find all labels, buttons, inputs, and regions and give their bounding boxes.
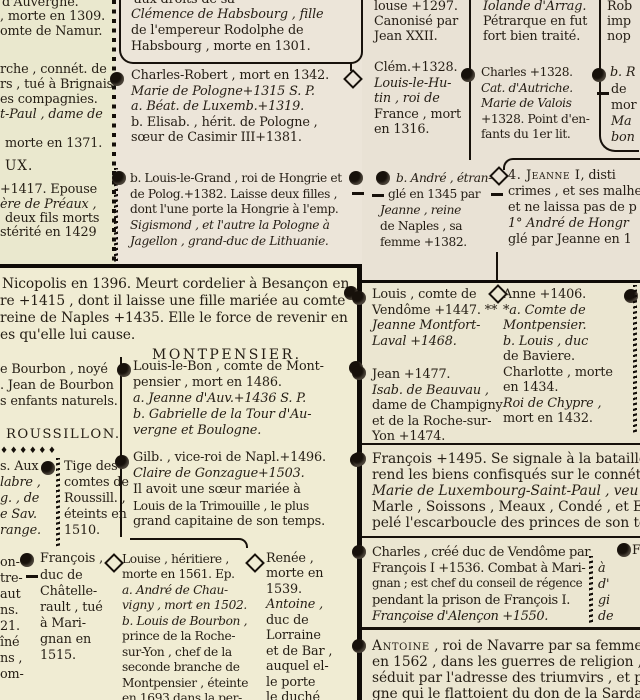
connector-dash xyxy=(26,575,38,578)
text-line: b. Louis de Bourbon , xyxy=(122,615,247,627)
text-line: crimes , et ses malheu xyxy=(508,186,640,199)
text-line: Louise , héritiere , xyxy=(122,553,229,565)
text-line: b. Elisab. , hérit. de Pologne , xyxy=(131,117,318,130)
text-line: morte en 1371. xyxy=(5,138,102,151)
text-line: Jagellon , grand-duc de Lithuanie. xyxy=(130,235,328,247)
text-line: ère de Préaux , xyxy=(0,199,96,212)
text-line: en 1562 , dans les guerres de religion ,… xyxy=(372,656,640,670)
text-line: Marie de Valois xyxy=(481,97,572,109)
text-line: Louis de la Trimouille , le plus xyxy=(133,500,309,512)
text-line: de Polog.+1382. Laisse deux filles , xyxy=(130,188,337,200)
text-line: Charles , créé duc de Vendôme par xyxy=(372,546,590,559)
text-line: îné xyxy=(0,637,19,650)
text-line: Marie de Pologne+1315 S. P. xyxy=(131,86,315,99)
text-line: Roi de Chypre , xyxy=(503,398,601,411)
text-line: aut xyxy=(0,589,21,602)
text-line: à xyxy=(598,563,605,576)
text-line: grand capitaine de son temps. xyxy=(133,516,325,529)
text-line: séduit par l'adresse des triumvirs , et … xyxy=(372,672,640,686)
text-line: s. Aux xyxy=(0,461,39,474)
text-line: . Jean de Bourbon xyxy=(0,380,114,393)
text-line: ns. xyxy=(0,605,18,618)
text-line: vergne et Boulogne. xyxy=(133,425,261,438)
text-line: Pétrarque en fut xyxy=(483,16,587,29)
text-fragment: , disti xyxy=(581,168,616,183)
text-line: Isab. de Beauvau , xyxy=(372,385,489,398)
text-line: le duché xyxy=(266,692,320,700)
text-line: sœur de Casimir III+1381. xyxy=(131,132,302,145)
text-line: Antoine , roi de Navarre par sa femme , xyxy=(372,640,640,654)
text-line: de l'empereur Rodolphe de xyxy=(131,25,303,38)
text-line: 4. Jeanne I, disti xyxy=(508,170,616,183)
text-line: à Mari- xyxy=(40,618,86,631)
text-fragment: , roi de Navarre par sa femme , xyxy=(430,638,640,654)
text-line: s enfants naturels. xyxy=(0,396,118,409)
text-line: e Bourbon , noyé xyxy=(0,364,108,377)
text-line: François , xyxy=(40,553,103,566)
text-line: rend les biens confisqués sur le connét.… xyxy=(372,469,640,483)
text-line: b. Louis , duc xyxy=(503,336,588,349)
person-name: 4. Jeanne I xyxy=(508,168,581,183)
text-line: duc de xyxy=(266,615,309,628)
text-line: dame de Champigny xyxy=(372,400,503,413)
wavy-border xyxy=(633,285,637,433)
text-line: morte en xyxy=(266,568,323,581)
text-line: France , mort xyxy=(374,109,461,122)
node-marker-icon xyxy=(352,545,366,559)
text-line: Renée , xyxy=(266,553,314,566)
branch-heading-fragment: UX. xyxy=(5,160,33,174)
text-line: aux droits de sa xyxy=(134,0,235,7)
text-line: et de la Roche-sur- xyxy=(372,416,491,429)
text-line: on- xyxy=(0,557,20,570)
text-line: Vendôme +1447. ** xyxy=(372,305,497,318)
node-marker-icon xyxy=(376,171,390,185)
text-line: +1328. Point d'en- xyxy=(481,113,590,125)
text-line: Sigismond , et l'autre la Pologne à xyxy=(130,219,330,231)
diamond-chain-border: ♦♦♦♦♦♦ xyxy=(0,446,57,456)
node-marker-icon xyxy=(617,543,631,557)
text-line: Fr xyxy=(632,545,640,558)
text-line: rche , connét. de xyxy=(0,64,107,77)
text-line: le porte xyxy=(266,677,315,690)
text-line: pendant la prison de François I. xyxy=(372,594,570,607)
text-line: fort bien traité. xyxy=(483,31,580,44)
text-line: Nicopolis en 1396. Meurt cordelier à Bes… xyxy=(2,278,349,292)
text-line: om- xyxy=(0,669,24,682)
text-line: comtes de xyxy=(64,477,129,490)
text-line: rs , tué à Brignais xyxy=(0,79,113,92)
text-line: +1417. Epouse xyxy=(0,184,97,197)
text-line: Tige des xyxy=(64,461,118,474)
node-marker-icon xyxy=(117,363,131,377)
text-line: seconde branche de xyxy=(122,661,240,673)
text-line: Châtelle- xyxy=(40,586,97,599)
text-line: tre- xyxy=(0,573,23,586)
text-line: Clém.+1328. xyxy=(374,62,457,75)
text-line: Claire de Gonzague+1503. xyxy=(133,468,305,481)
connector-dash xyxy=(352,192,364,195)
text-line: ns , xyxy=(0,653,22,666)
node-marker-icon xyxy=(20,553,34,567)
text-line: 1° André de Hongr xyxy=(508,218,629,231)
node-marker-icon xyxy=(592,68,606,82)
text-line: auquel el- xyxy=(266,661,329,674)
row-divider xyxy=(362,443,640,445)
text-line: Louis-le-Hu- xyxy=(374,78,451,91)
wavy-border xyxy=(56,458,60,548)
text-line: Louis , comte de xyxy=(372,289,476,302)
descendants-bracket xyxy=(130,538,248,548)
text-line: e Sav. xyxy=(0,509,37,522)
text-line: deux fils morts xyxy=(5,213,99,226)
text-line: vigny , mort en 1502. xyxy=(122,599,247,611)
text-line: gi xyxy=(598,595,610,608)
genealogy-scan-page: d'Auvergne. , morte en 1309. omte de Nam… xyxy=(0,0,640,700)
text-line: , morte en 1309. xyxy=(0,11,105,24)
text-line: a. André de Chau- xyxy=(122,584,228,596)
text-line: reine de Naples +1435. Elle le force de … xyxy=(0,312,348,326)
section-divider xyxy=(0,264,361,268)
person-name: Antoine xyxy=(372,638,430,654)
text-line: en 1434. xyxy=(503,382,558,395)
text-line: François I +1536. Combat à Mari- xyxy=(372,562,585,575)
text-line: fants du 1er lit. xyxy=(481,128,570,140)
text-line: de Naples , sa xyxy=(380,220,462,232)
text-line: tin , roi de xyxy=(374,93,440,106)
text-line: gnan ; est chef du conseil de régence xyxy=(372,578,582,590)
text-line: Françoise d'Alençon +1550. xyxy=(372,610,548,623)
text-line: 1510. xyxy=(64,525,100,538)
node-marker-icon xyxy=(352,452,366,466)
text-line: b. André , étran- xyxy=(396,172,492,184)
text-line: en 1316. xyxy=(374,124,429,137)
text-line: de xyxy=(598,611,613,624)
text-line: Charles +1328. xyxy=(481,66,573,78)
text-line: Il avoit une sœur mariée à xyxy=(133,484,301,497)
text-line: mort en 1432. xyxy=(503,413,593,426)
heading-roussillon: ROUSSILLON. xyxy=(6,428,121,441)
text-line: labre , xyxy=(0,477,41,490)
text-line: prince de la Roche- xyxy=(122,630,235,642)
text-line: 1539. xyxy=(266,584,302,597)
text-line: pelé l'escarboucle des princes de son te… xyxy=(372,517,640,531)
text-line: Louis-le-Bon , comte de Mont- xyxy=(133,361,324,374)
text-line: gnan en xyxy=(40,634,91,647)
text-line: es qu'elle lui cause. xyxy=(0,329,135,343)
text-line: nop xyxy=(607,31,631,44)
text-line: a. Jeanne d'Auv.+1436 S. P. xyxy=(133,393,306,406)
connector-line xyxy=(496,252,498,282)
text-line: b. Louis-le-Grand , roi de Hongrie et xyxy=(130,172,342,184)
connector-dash xyxy=(372,194,384,197)
text-line: Montpensier. xyxy=(503,320,586,333)
text-line: Jean +1477. xyxy=(372,369,450,382)
node-marker-icon xyxy=(352,366,366,380)
text-line: b. Gabrielle de la Tour d'Au- xyxy=(133,409,311,422)
text-line: Ma xyxy=(611,116,631,129)
text-line: a. Béat. de Luxemb.+1319. xyxy=(131,101,304,114)
text-line: Clémence de Habsbourg , fille xyxy=(131,9,323,22)
text-line: Jeanne Montfort- xyxy=(372,320,480,333)
text-line: Gilb. , vice-roi de Napl.+1496. xyxy=(133,452,326,465)
text-line: et ne laissa pas de p xyxy=(508,202,637,215)
text-line: bon xyxy=(611,132,635,145)
text-line: *a. Comte de xyxy=(503,305,586,318)
text-line: Lorraine xyxy=(266,630,321,643)
text-line: omte de Namur. xyxy=(0,26,102,39)
text-line: glé par Jeanne en 1 xyxy=(508,234,632,247)
node-marker-icon xyxy=(112,171,126,185)
text-line: Canonisé par xyxy=(374,16,458,29)
text-line: re +1415 , dont il laisse une fille mari… xyxy=(0,295,345,309)
text-line: Roussill. , xyxy=(64,493,126,506)
text-line: éteints en xyxy=(64,509,127,522)
row-divider xyxy=(362,627,640,630)
connector-dash xyxy=(491,193,503,196)
text-line: morte en 1561. Ep. xyxy=(122,568,235,580)
text-line: g. , de xyxy=(0,493,39,506)
text-line: stérité en 1429 xyxy=(0,227,96,240)
text-line: de Baviere. xyxy=(503,351,575,364)
row-divider xyxy=(362,536,640,538)
text-line: Habsbourg , morte en 1301. xyxy=(131,41,311,54)
text-line: duc de xyxy=(40,570,83,583)
section-divider-vertical xyxy=(357,264,362,700)
text-line: gne qui le flattoient du don de la Sarda… xyxy=(372,688,640,700)
text-line: imp xyxy=(607,16,631,29)
text-line: 21. xyxy=(0,621,20,634)
text-line: b. R xyxy=(610,67,635,80)
node-marker-icon xyxy=(41,461,55,475)
text-line: d' xyxy=(598,579,609,592)
text-line: Iolande d'Arrag. xyxy=(483,1,586,14)
text-line: en 1693 dans la per- xyxy=(122,692,242,700)
text-line: dont l'une porte la Hongrie à l'emp. xyxy=(130,203,338,215)
text-line: Charles-Robert , mort en 1342. xyxy=(131,70,329,83)
text-line: pensier , mort en 1486. xyxy=(133,377,282,390)
text-line: Jean XXII. xyxy=(374,31,438,44)
text-line: Montpensier , éteinte xyxy=(122,677,248,689)
text-line: et de Bar , xyxy=(266,646,332,659)
node-marker-icon xyxy=(110,72,124,86)
text-line: rault , tué xyxy=(40,602,103,615)
text-line: Rob xyxy=(607,1,632,14)
text-line: 1515. xyxy=(40,650,76,663)
text-line: mor xyxy=(611,100,637,113)
text-line: François +1495. Se signale à la bataille xyxy=(372,453,640,467)
text-line: Laval +1468. xyxy=(372,336,457,349)
section-divider xyxy=(361,280,640,283)
text-line: Yon +1474. xyxy=(372,431,445,444)
text-line: Charlotte , morte xyxy=(503,367,613,380)
node-marker-icon xyxy=(349,171,363,185)
text-line: de xyxy=(611,84,626,97)
node-marker-icon xyxy=(461,68,475,82)
connector-dash xyxy=(597,92,609,95)
text-line: Marle , Soissons , Meaux , Condé , et En… xyxy=(372,501,640,515)
text-line: Jeanne , reine xyxy=(380,204,461,216)
text-line: glé en 1345 par xyxy=(388,188,480,200)
text-line: Marie de Luxembourg-Saint-Paul , veu xyxy=(372,485,638,499)
text-line: range. xyxy=(0,525,41,538)
text-line: t-Paul , dame de xyxy=(0,109,103,122)
node-marker-icon xyxy=(352,291,366,305)
text-line: Antoine , xyxy=(266,599,323,612)
text-line: louse +1297. xyxy=(374,1,458,14)
text-line: es compagnies. xyxy=(0,94,98,107)
wavy-border xyxy=(589,556,593,624)
text-line: Cat. d'Autriche. xyxy=(481,82,573,94)
node-marker-icon xyxy=(352,639,366,653)
text-line: femme +1382. xyxy=(380,236,467,248)
text-line: sur-Yon , chef de la xyxy=(122,646,232,658)
text-line: Anne +1406. xyxy=(503,289,586,302)
